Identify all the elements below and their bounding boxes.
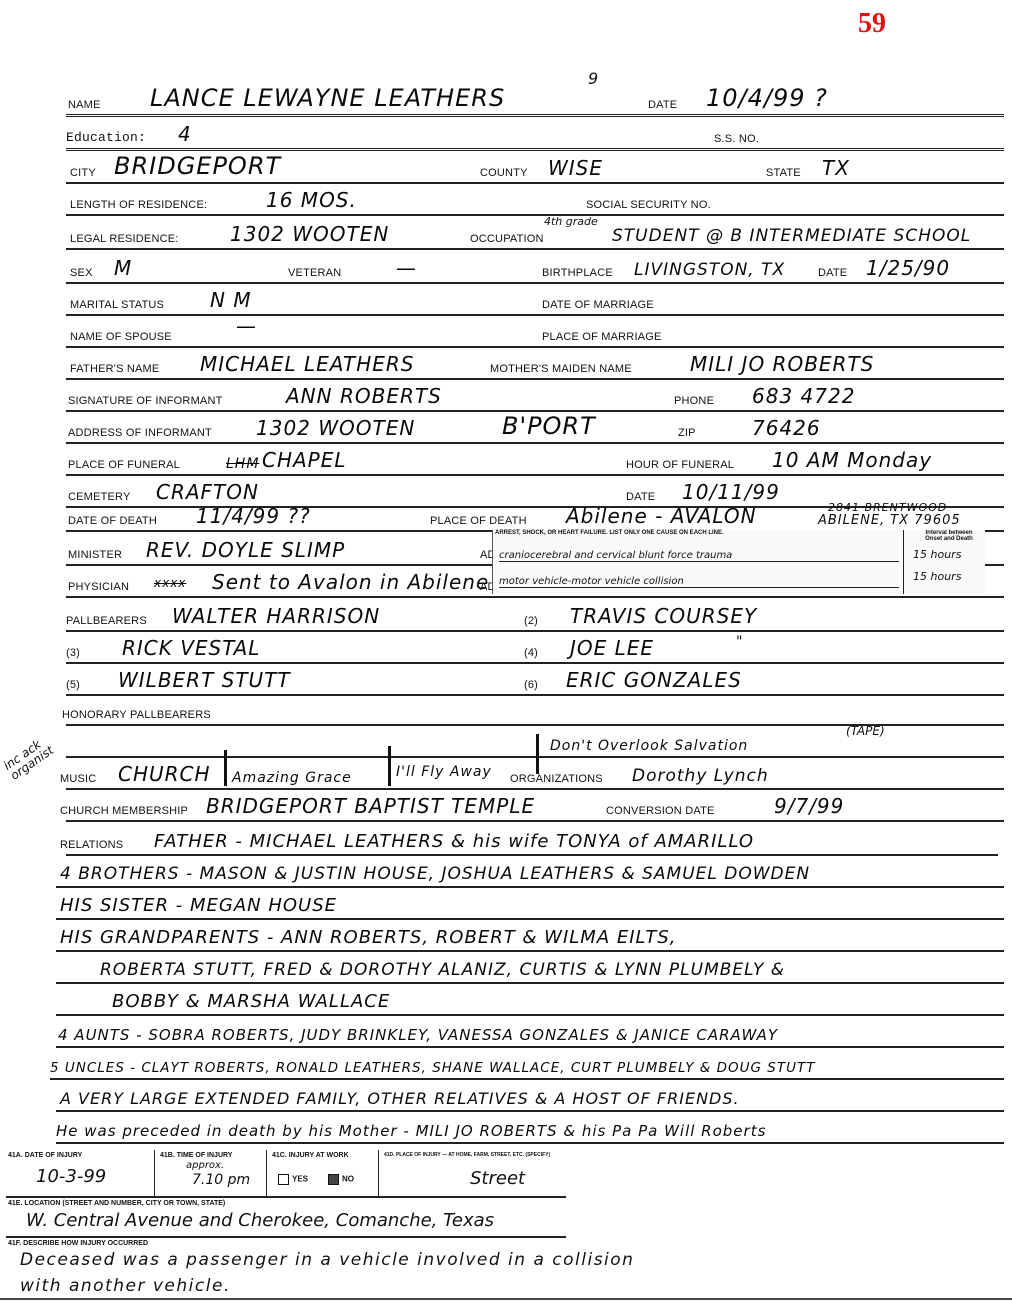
informant-address-row: ADDRESS OF INFORMANT 1302 WOOTEN B'PORT … <box>66 412 1004 444</box>
spouse-value: — <box>236 314 257 338</box>
organizations-label: ORGANIZATIONS <box>510 773 603 785</box>
sex-label: SEX <box>70 267 93 279</box>
birthplace-value: LIVINGSTON, TX <box>634 260 785 280</box>
legal-label: LEGAL RESIDENCE: <box>70 233 179 245</box>
music-label: MUSIC <box>60 773 96 785</box>
state-value: TX <box>822 156 850 180</box>
injury-location-label: 41e. LOCATION (STREET AND NUMBER, CITY O… <box>8 1200 225 1207</box>
pallbearer-4-mark: " <box>736 634 743 650</box>
injury-time-label: 41b. TIME OF INJURY <box>160 1152 232 1159</box>
funeral-hour-label: HOUR OF FUNERAL <box>626 459 734 471</box>
honorary-line-2: Don't Overlook Salvation (TAPE) <box>66 726 1004 758</box>
injury-time-cell: 41b. TIME OF INJURY approx. 7.10 pm <box>156 1150 267 1196</box>
marital-label: MARITAL STATUS <box>70 299 164 311</box>
interval-2: 15 hours <box>913 570 961 583</box>
song-3: Don't Overlook Salvation <box>550 738 748 754</box>
pallbearer-5-num: (5) <box>66 679 80 691</box>
relations-row-6: BOBBY & MARSHA WALLACE <box>56 984 1004 1016</box>
minister-value: REV. DOYLE SLIMP <box>146 538 345 562</box>
interval-header: Interval between Onset and Death <box>919 530 979 542</box>
cause-line-1: craniocerebral and cervical blunt force … <box>499 550 899 562</box>
relations-row-2: 4 BROTHERS - MASON & JUSTIN HOUSE, JOSHU… <box>56 856 1004 888</box>
divider-bar <box>388 746 391 786</box>
injury-work-label: 41c. INJURY AT WORK <box>272 1152 349 1159</box>
death-date-label: DATE OF DEATH <box>68 515 157 527</box>
church-value: BRIDGEPORT BAPTIST TEMPLE <box>206 794 535 818</box>
marital-value: N M <box>210 288 252 312</box>
parents-row: FATHER'S NAME MICHAEL LEATHERS MOTHER'S … <box>66 348 1004 380</box>
cause-header: ARREST, SHOCK, OR HEART FAILURE. LIST ON… <box>495 530 724 536</box>
injury-location-value: W. Central Avenue and Cherokee, Comanche… <box>26 1210 494 1231</box>
death-place-label: PLACE OF DEATH <box>430 515 527 527</box>
father-label: FATHER'S NAME <box>70 363 159 375</box>
date-value: 10/4/99 ? <box>706 84 828 112</box>
song-1: Amazing Grace <box>232 770 352 786</box>
pallbearers-row-3: (5) WILBERT STUTT (6) ERIC GONZALES <box>66 664 1004 696</box>
address-value: 1302 WOOTEN <box>256 416 415 440</box>
column-divider <box>903 530 904 594</box>
name-note: 9 <box>588 69 598 88</box>
cause-line-2: motor vehicle-motor vehicle collision <box>499 576 899 588</box>
cemetery-value: CRAFTON <box>156 480 259 504</box>
mother-value: MILI JO ROBERTS <box>690 352 874 376</box>
church-label: CHURCH MEMBERSHIP <box>60 805 188 817</box>
birthplace-label: BIRTHPLACE <box>542 267 613 279</box>
birthdate-value: 1/25/90 <box>866 256 950 280</box>
social-label: SOCIAL SECURITY NO. <box>586 199 711 211</box>
father-value: MICHAEL LEATHERS <box>200 352 414 376</box>
injury-describe-line-1: Deceased was a passenger in a vehicle in… <box>20 1250 780 1270</box>
injury-place-cell: 41d. PLACE OF INJURY — AT HOME, FARM, ST… <box>380 1150 566 1196</box>
relations-row-4: HIS GRANDPARENTS - ANN ROBERTS, ROBERT &… <box>56 920 1004 952</box>
marital-row: MARITAL STATUS N M DATE OF MARRIAGE <box>66 284 1004 316</box>
honorary-row: HONORARY PALLBEARERS <box>66 694 1004 726</box>
sex-value: M <box>114 256 132 280</box>
informant-row: SIGNATURE OF INFORMANT ANN ROBERTS PHONE… <box>66 380 1004 412</box>
address-label: ADDRESS OF INFORMANT <box>68 427 212 439</box>
veteran-value: — <box>396 256 417 280</box>
state-label: STATE <box>766 167 801 179</box>
pallbearer-5: WILBERT STUTT <box>118 668 291 692</box>
relations-row-10: He was preceded in death by his Mother -… <box>56 1112 1004 1144</box>
funeral-row: PLACE OF FUNERAL LHM CHAPEL HOUR OF FUNE… <box>66 444 1004 476</box>
pallbearer-3: RICK VESTAL <box>122 636 260 660</box>
marriage-date-label: DATE OF MARRIAGE <box>542 299 654 311</box>
minister-label: MINISTER <box>68 549 122 561</box>
date-label: DATE <box>648 99 677 111</box>
injury-place-value: Street <box>470 1168 525 1189</box>
honorary-label: HONORARY PALLBEARERS <box>62 709 211 721</box>
phone-value: 683 4722 <box>752 384 855 408</box>
relations-row-1: RELATIONS FATHER - MICHAEL LEATHERS & hi… <box>66 824 998 856</box>
relations-row-8: 5 UNCLES - CLAYT ROBERTS, RONALD LEATHER… <box>50 1048 1004 1080</box>
education-value: 4 <box>178 122 192 146</box>
zip-label: ZIP <box>678 427 696 439</box>
zip-value: 76426 <box>752 416 821 440</box>
relations-line: HIS SISTER - MEGAN HOUSE <box>60 895 337 916</box>
pallbearer-4-num: (4) <box>524 647 538 659</box>
relations-line: A VERY LARGE EXTENDED FAMILY, OTHER RELA… <box>60 1089 740 1108</box>
relations-line: 5 UNCLES - CLAYT ROBERTS, RONALD LEATHER… <box>50 1060 815 1076</box>
cause-of-death-fragment: ARREST, SHOCK, OR HEART FAILURE. LIST ON… <box>492 530 985 594</box>
pallbearers-label: PALLBEARERS <box>66 615 147 627</box>
work-yes-option[interactable]: YES <box>278 1174 308 1185</box>
divider <box>6 1196 566 1198</box>
injury-date-value: 10-3-99 <box>36 1166 106 1187</box>
relations-row-5: ROBERTA STUTT, FRED & DOROTHY ALANIZ, CU… <box>56 952 1004 984</box>
county-value: WISE <box>548 156 603 180</box>
name-value: LANCE LEWAYNE LEATHERS <box>150 84 505 112</box>
relations-line: 4 BROTHERS - MASON & JUSTIN HOUSE, JOSHU… <box>60 864 810 884</box>
death-address-line2: ABILENE, TX 79605 <box>818 513 961 528</box>
checkbox-icon <box>278 1174 289 1185</box>
conversion-value: 9/7/99 <box>774 794 844 818</box>
death-place-value: Abilene - AVALON <box>566 504 757 528</box>
name-label: NAME <box>68 99 101 111</box>
pallbearers-row-2: (3) RICK VESTAL (4) JOE LEE " <box>66 632 1004 664</box>
occupation-label: OCCUPATION <box>470 233 544 245</box>
city-value: BRIDGEPORT <box>114 152 281 180</box>
divider-bar <box>536 734 539 774</box>
residence-length-row: LENGTH OF RESIDENCE: 16 MOS. SOCIAL SECU… <box>66 186 1004 216</box>
work-no-option[interactable]: NO <box>328 1174 354 1185</box>
organizations-value: Dorothy Lynch <box>632 766 769 786</box>
relations-line: He was preceded in death by his Mother -… <box>56 1122 766 1140</box>
education-row: Education: 4 S.S. NO. <box>66 120 1004 151</box>
physician-label: PHYSICIAN <box>68 581 129 593</box>
ss-label: S.S. NO. <box>714 133 759 145</box>
physician-value: Sent to Avalon in Abilene <box>212 570 489 594</box>
legal-residence-row: LEGAL RESIDENCE: 1302 WOOTEN OCCUPATION … <box>66 218 1004 250</box>
injury-section: 41a. DATE OF INJURY 10-3-99 41b. TIME OF… <box>6 1150 566 1302</box>
relations-row-3: HIS SISTER - MEGAN HOUSE <box>56 888 1004 920</box>
funeral-date-value: 10/11/99 <box>682 480 780 504</box>
length-value: 16 MOS. <box>266 188 357 212</box>
signature-value: ANN ROBERTS <box>286 384 442 408</box>
relations-label: RELATIONS <box>60 839 123 851</box>
checked-checkbox-icon <box>328 1174 339 1185</box>
music-church: CHURCH <box>118 762 211 786</box>
injury-time-note: approx. <box>186 1160 224 1171</box>
death-row: DATE OF DEATH 11/4/99 ?? PLACE OF DEATH … <box>66 502 1004 532</box>
education-label: Education: <box>66 130 146 145</box>
length-label: LENGTH OF RESIDENCE: <box>70 199 207 211</box>
spouse-row: NAME OF SPOUSE — PLACE OF MARRIAGE <box>66 316 1004 348</box>
pallbearer-1: WALTER HARRISON <box>172 604 380 628</box>
marriage-place-label: PLACE OF MARRIAGE <box>542 331 662 343</box>
injury-place-label: 41d. PLACE OF INJURY — AT HOME, FARM, ST… <box>384 1152 554 1158</box>
signature-label: SIGNATURE OF INFORMANT <box>68 395 223 407</box>
pallbearer-2: TRAVIS COURSEY <box>570 604 757 628</box>
death-date-value: 11/4/99 ?? <box>196 504 311 528</box>
pallbearer-2-num: (2) <box>524 615 538 627</box>
relations-line: HIS GRANDPARENTS - ANN ROBERTS, ROBERT &… <box>60 927 677 948</box>
spouse-label: NAME OF SPOUSE <box>70 331 172 343</box>
pallbearer-4: JOE LEE <box>570 636 654 660</box>
relations-line: ROBERTA STUTT, FRED & DOROTHY ALANIZ, CU… <box>100 960 785 980</box>
relations-line: BOBBY & MARSHA WALLACE <box>112 991 390 1012</box>
relations-row-7: 4 AUNTS - SOBRA ROBERTS, JUDY BRINKLEY, … <box>56 1016 1004 1048</box>
injury-date-label: 41a. DATE OF INJURY <box>8 1152 82 1159</box>
conversion-label: CONVERSION DATE <box>606 805 715 817</box>
city-row: CITY BRIDGEPORT COUNTY WISE STATE TX <box>66 154 1004 184</box>
relations-row-9: A VERY LARGE EXTENDED FAMILY, OTHER RELA… <box>56 1080 1004 1112</box>
divider <box>6 1236 566 1238</box>
page-number: 59 <box>858 8 886 40</box>
pallbearer-3-num: (3) <box>66 647 80 659</box>
city-label: CITY <box>70 167 96 179</box>
injury-work-cell: 41c. INJURY AT WORK YES NO <box>268 1150 379 1196</box>
occupation-value: STUDENT @ B INTERMEDIATE SCHOOL <box>612 226 971 246</box>
name-row: NAME LANCE LEWAYNE LEATHERS 9 DATE 10/4/… <box>66 86 1004 117</box>
divider-bar <box>224 750 227 786</box>
veteran-label: VETERAN <box>288 267 341 279</box>
injury-date-cell: 41a. DATE OF INJURY 10-3-99 <box>6 1150 155 1196</box>
tape-note: (TAPE) <box>846 724 885 738</box>
mother-label: MOTHER'S MAIDEN NAME <box>490 363 632 375</box>
occupation-note: 4th grade <box>544 215 598 228</box>
injury-describe-line-2: with another vehicle. <box>20 1276 231 1296</box>
funeral-place-label: PLACE OF FUNERAL <box>68 459 180 471</box>
sex-row: SEX M VETERAN — BIRTHPLACE LIVINGSTON, T… <box>66 252 1004 284</box>
pallbearer-6-num: (6) <box>524 679 538 691</box>
interval-1: 15 hours <box>913 548 961 561</box>
county-label: COUNTY <box>480 167 528 179</box>
funeral-place-value: CHAPEL <box>262 448 347 472</box>
injury-time-value: 7.10 pm <box>192 1172 250 1188</box>
injury-describe-label: 41f. DESCRIBE HOW INJURY OCCURRED <box>8 1240 148 1247</box>
page-bottom-edge <box>0 1298 1012 1300</box>
church-row: CHURCH MEMBERSHIP BRIDGEPORT BAPTIST TEM… <box>66 790 1004 822</box>
phone-label: PHONE <box>674 395 714 407</box>
pallbearers-row-1: PALLBEARERS WALTER HARRISON (2) TRAVIS C… <box>66 600 1004 632</box>
address-city: B'PORT <box>502 412 596 440</box>
pallbearer-6: ERIC GONZALES <box>566 668 742 692</box>
physician-struck: xxxx <box>154 576 186 590</box>
funeral-hour-value: 10 AM Monday <box>772 448 932 472</box>
song-2: I'll Fly Away <box>396 764 492 780</box>
birthdate-label: DATE <box>818 267 847 279</box>
funeral-place-struck: LHM <box>226 456 259 472</box>
relations-line: FATHER - MICHAEL LEATHERS & his wife TON… <box>154 831 754 852</box>
legal-value: 1302 WOOTEN <box>230 222 389 246</box>
relations-line: 4 AUNTS - SOBRA ROBERTS, JUDY BRINKLEY, … <box>58 1026 778 1044</box>
music-row: MUSIC CHURCH Amazing Grace I'll Fly Away… <box>66 758 1004 790</box>
